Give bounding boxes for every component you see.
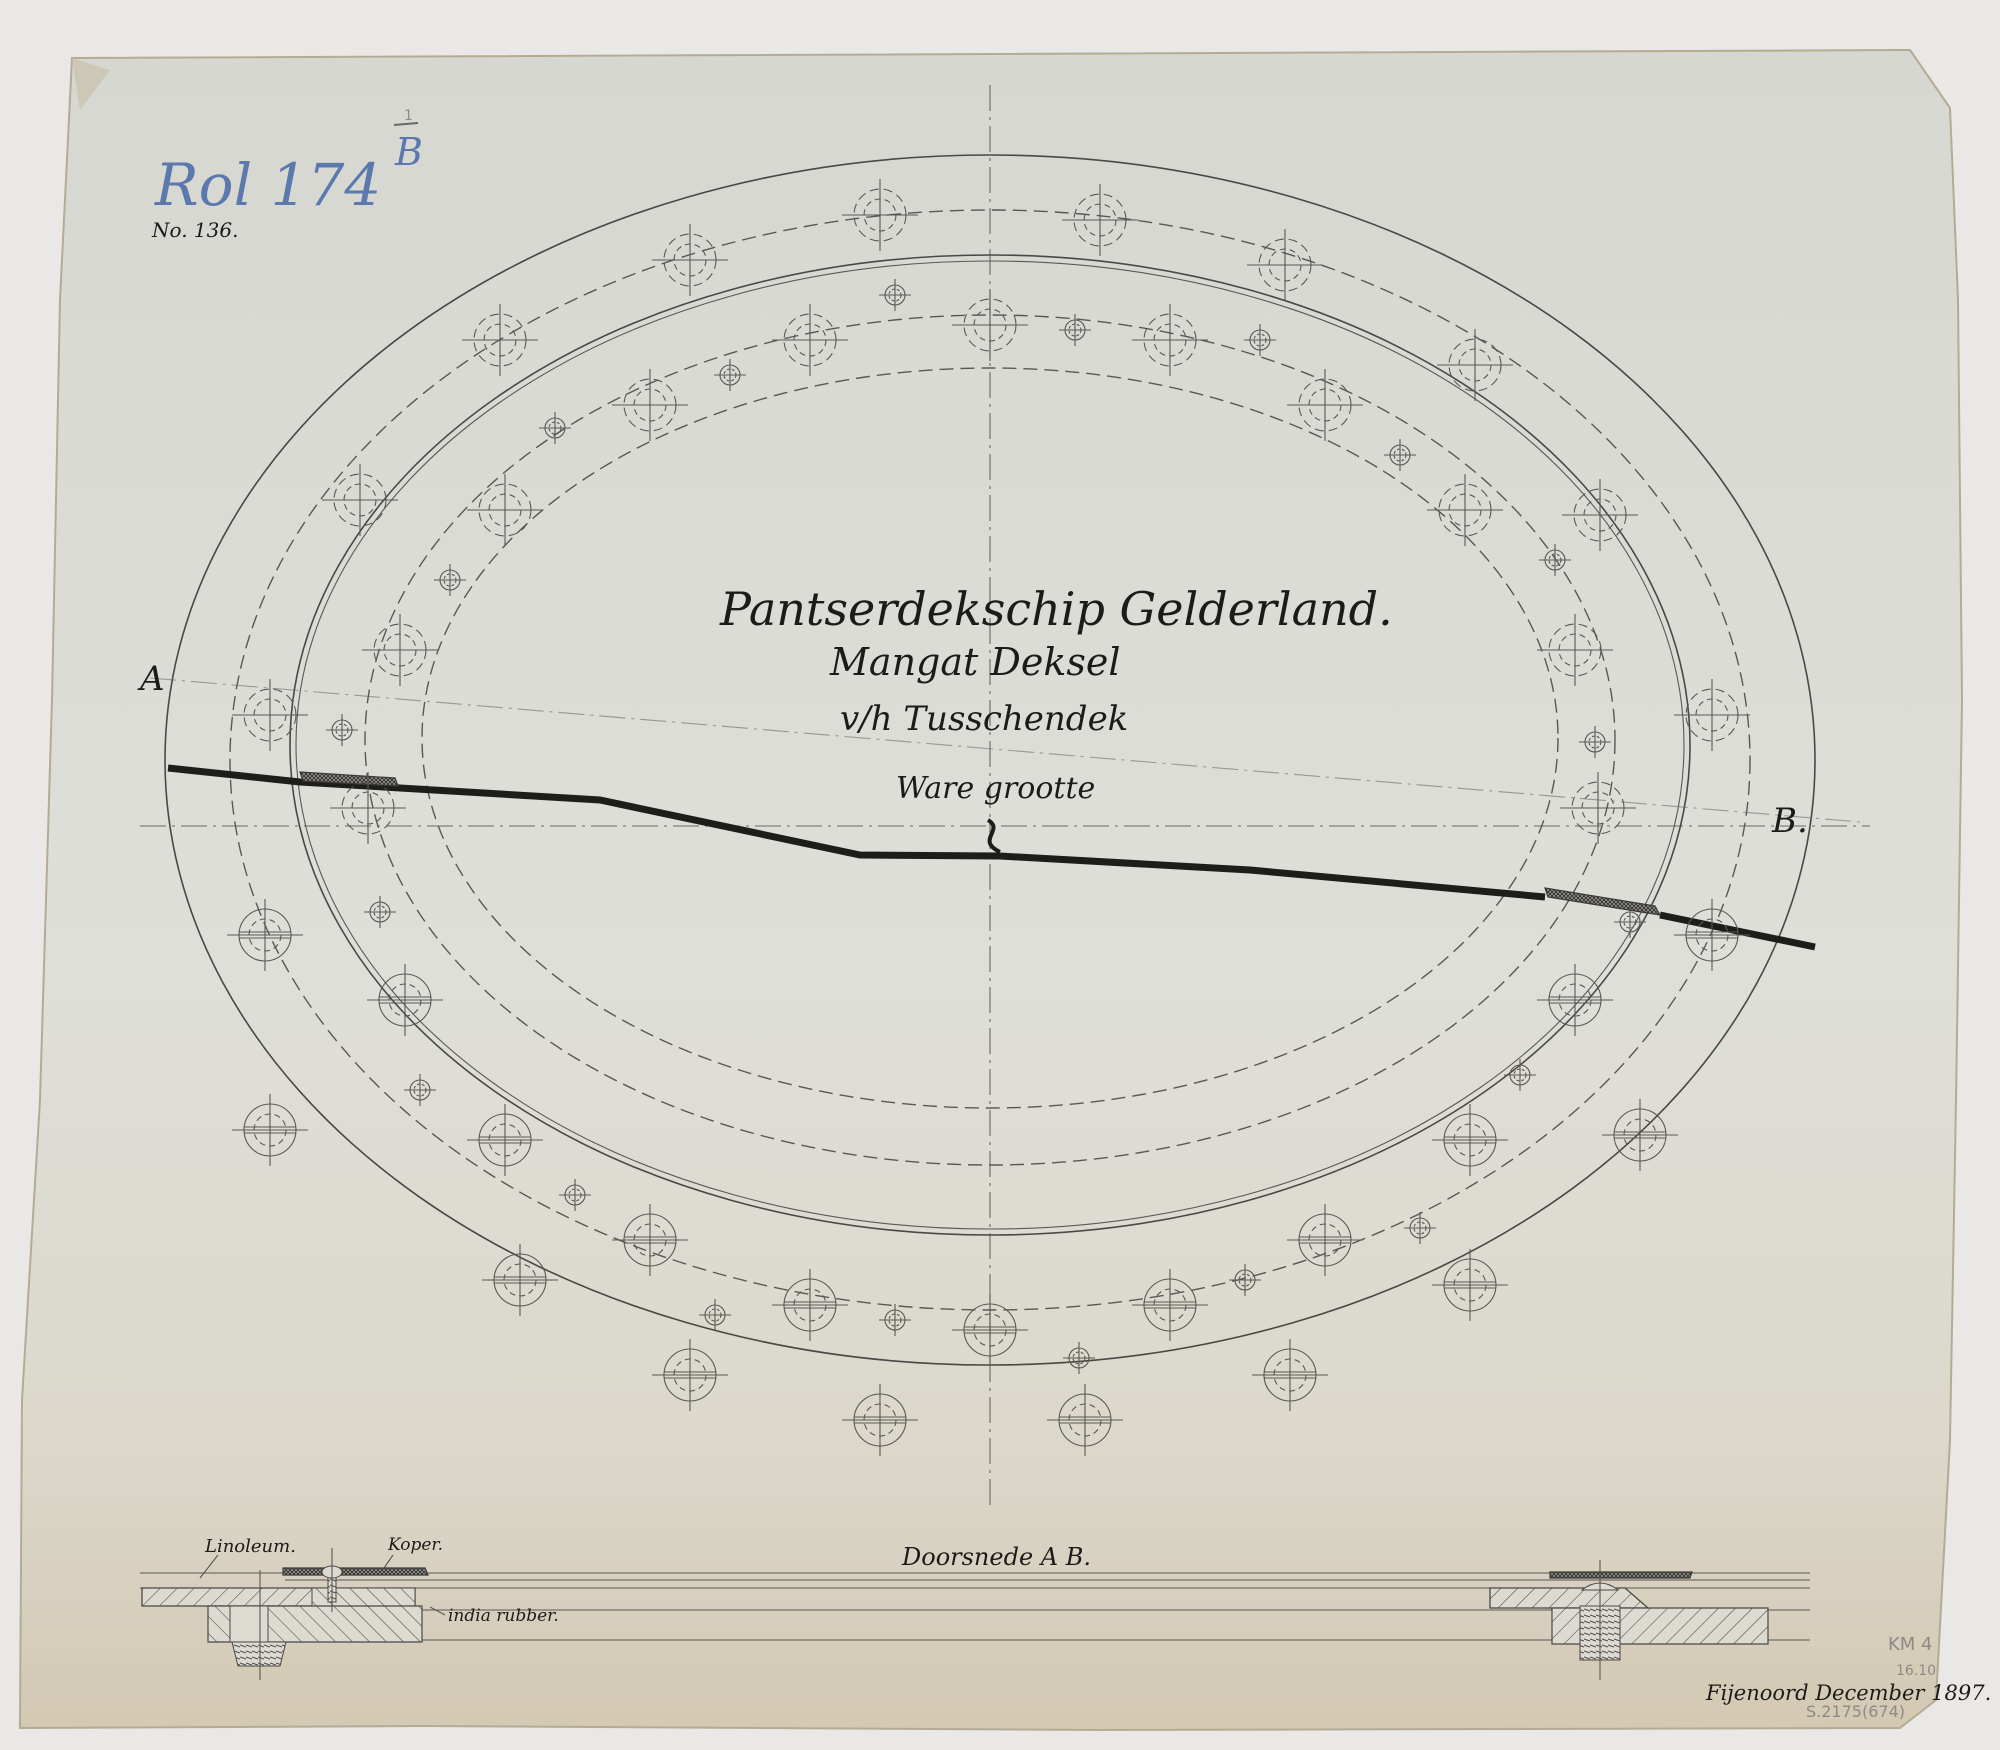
technical-drawing-canvas: A B. xyxy=(0,0,2000,1750)
drawing-location: v/h Tusschendek xyxy=(840,699,1128,739)
roll-superscript: B xyxy=(394,130,423,174)
pencil-number: 16.10 xyxy=(1896,1663,1936,1679)
paper-sheet xyxy=(20,50,1962,1730)
label-linoleum: Linoleum. xyxy=(204,1536,296,1557)
drawing-scale: Ware grootte xyxy=(896,771,1095,806)
label-india-rubber: india rubber. xyxy=(448,1606,559,1626)
drawing-number: No. 136. xyxy=(151,218,238,242)
svg-text:1: 1 xyxy=(404,108,413,124)
label-koper: Koper. xyxy=(387,1535,443,1555)
cross-section-title: Doorsnede A B. xyxy=(901,1543,1091,1571)
drawing-sheet: A B. xyxy=(0,0,2000,1750)
roll-label: Rol 174 xyxy=(154,151,381,219)
pencil-code: KM 4 xyxy=(1888,1634,1933,1655)
section-marker-b: B. xyxy=(1771,801,1808,841)
drawing-subtitle: Mangat Deksel xyxy=(829,640,1121,684)
drawing-title: Pantserdekschip Gelderland. xyxy=(719,582,1393,636)
section-marker-a: A xyxy=(137,659,165,699)
archive-code: S.2175(674) xyxy=(1806,1702,1905,1721)
